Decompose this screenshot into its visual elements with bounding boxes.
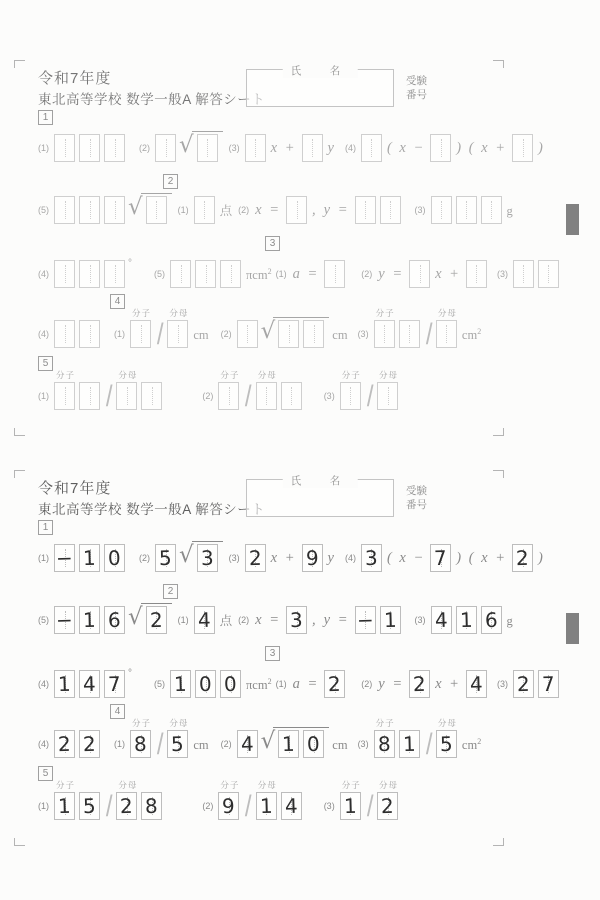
handwritten-answer: 7 (108, 673, 121, 695)
box-row: −1 (353, 606, 403, 634)
answer-box: 2 (79, 730, 100, 758)
box-guide-dots (181, 265, 182, 283)
box-guide-dots (384, 325, 385, 343)
fraction-part-label: 分母 (258, 779, 277, 791)
answer-row: 1 (38, 520, 53, 536)
answer-box-group: 2 (407, 670, 432, 698)
answer-box-group: 22 (52, 730, 102, 758)
spacer (102, 757, 114, 758)
radical: √3 (179, 541, 223, 572)
fraction-slash: / (367, 794, 374, 820)
item-number: (3) (358, 329, 369, 339)
scan-mark (566, 204, 579, 235)
answer-box: 1 (399, 730, 420, 758)
box-guide-dots (266, 387, 267, 405)
answer-box-group: 9 (300, 544, 325, 572)
fraction-slash: / (425, 732, 432, 758)
math-expression: x + (271, 140, 297, 157)
answer-row: (5)−16√2(1)4点(2)x =3,y =−1(3)416g (38, 602, 513, 634)
fraction-part-label: 分子 (342, 369, 361, 381)
item-number: (2) (361, 269, 372, 279)
answer-box-group: 分母14 (254, 779, 304, 820)
box-guide-dots (441, 139, 442, 157)
radical-content: 3 (192, 541, 223, 572)
spacer (347, 287, 361, 288)
box-row: 7 (428, 544, 453, 572)
answer-box (218, 382, 239, 410)
unit-label: cm (193, 328, 208, 343)
handwritten-answer: 1 (58, 795, 71, 817)
handwritten-answer: 1 (58, 673, 71, 695)
answer-box (302, 134, 323, 162)
item-number: (2) (202, 391, 213, 401)
box-guide-dots (115, 201, 116, 219)
box-row (52, 196, 127, 224)
answer-box: − (54, 606, 75, 634)
box-row (428, 134, 453, 162)
fraction-slash: / (367, 384, 374, 410)
spacer (348, 757, 358, 758)
answer-box (197, 134, 218, 162)
section-marker: 2 (163, 174, 178, 189)
box-guide-dots (312, 139, 313, 157)
item-number: (2) (361, 679, 372, 689)
box-row (338, 382, 363, 410)
box-guide-dots (420, 265, 421, 283)
fraction-slash: / (245, 384, 252, 410)
box-row: 3 (359, 544, 384, 572)
item-number: (2) (139, 143, 150, 153)
answer-box: 4 (79, 670, 100, 698)
answer-box: 1 (79, 606, 100, 634)
handwritten-answer: 2 (248, 547, 261, 569)
handwritten-answer: 2 (83, 733, 96, 755)
answer-box-group (52, 196, 127, 224)
answer-box: 1 (256, 792, 277, 820)
handwritten-answer: 5 (83, 795, 96, 817)
unit-label: πcm2 (246, 267, 272, 283)
box-guide-dots (178, 325, 179, 343)
box-row: 4 (235, 730, 260, 758)
box-row: 3 (284, 606, 309, 634)
answer-box (409, 260, 430, 288)
handwritten-answer: 0 (199, 673, 212, 695)
math-expression: y = (324, 202, 350, 219)
box-guide-dots (90, 387, 91, 405)
answer-box: 2 (54, 730, 75, 758)
section-marker: 3 (265, 646, 280, 661)
answer-box (170, 260, 191, 288)
box-guide-dots (441, 201, 442, 219)
spacer (348, 347, 358, 348)
box-guide-dots (90, 325, 91, 343)
box-guide-dots (289, 325, 290, 343)
fraction-part-label: 分子 (376, 307, 395, 319)
math-expression: , (312, 612, 318, 629)
fraction-slash: / (245, 794, 252, 820)
answer-box-group: 分子 (52, 369, 102, 410)
answer-box: 2 (409, 670, 430, 698)
answer-box-group: 3 (284, 606, 309, 634)
box-guide-dots (523, 265, 524, 283)
box-row (429, 196, 504, 224)
answer-box: 2 (377, 792, 398, 820)
unit-superscript: 2 (268, 677, 272, 686)
answer-box: 0 (195, 670, 216, 698)
section-marker: 1 (38, 520, 53, 535)
answer-row: (4)147°(5)100πcm2(1)a =2(2)y =2x +4(3)27 (38, 666, 561, 698)
answer-box-group: 2 (510, 544, 535, 572)
answer-box (54, 196, 75, 224)
box-guide-dots (229, 387, 230, 405)
answer-box-group: 分子1 (338, 779, 363, 820)
answer-box (195, 260, 216, 288)
radical: √ (261, 317, 330, 348)
answer-box-group: 3 (359, 544, 384, 572)
box-row: 4 (464, 670, 489, 698)
math-expression: a = (293, 676, 320, 693)
answer-box (220, 260, 241, 288)
answer-box-group (464, 260, 489, 288)
item-number: (1) (38, 553, 49, 563)
answer-row: (4)(1)分子/分母cm(2)√cm(3)分子/分母cm2 (38, 304, 481, 348)
answer-box: 1 (380, 606, 401, 634)
answer-box: 1 (54, 670, 75, 698)
answer-box (79, 196, 100, 224)
item-number: (5) (154, 679, 165, 689)
answer-box: 2 (245, 544, 266, 572)
item-number: (4) (38, 329, 49, 339)
fraction-part-label: 分母 (118, 369, 137, 381)
answer-box: 2 (116, 792, 137, 820)
answer-box (430, 134, 451, 162)
answer-box-group (52, 320, 102, 348)
fraction-part-label: 分母 (258, 369, 277, 381)
handwritten-answer: 2 (413, 673, 426, 695)
math-expression: x = (255, 612, 281, 629)
answer-box: 1 (54, 792, 75, 820)
answer-box (237, 320, 258, 348)
item-number: (4) (345, 143, 356, 153)
answer-box-group (284, 196, 309, 224)
box-guide-dots (156, 201, 157, 219)
math-expression: ) (538, 140, 545, 157)
unit-label: g (507, 614, 513, 629)
spacer (209, 757, 221, 758)
answer-box (54, 382, 75, 410)
handwritten-answer: 5 (159, 547, 172, 569)
spacer (489, 697, 497, 698)
answer-box-group: 分子9 (216, 779, 241, 820)
box-guide-dots (90, 139, 91, 157)
answer-box (256, 382, 277, 410)
answer-box-group (511, 260, 561, 288)
math-expression: , (312, 202, 318, 219)
item-number: (2) (238, 615, 249, 625)
item-number: (1) (114, 329, 125, 339)
answer-box-group (428, 134, 453, 162)
answer-box: 3 (361, 544, 382, 572)
box-guide-dots (166, 139, 167, 157)
spacer (132, 697, 154, 698)
fraction-part-label: 分母 (118, 779, 137, 791)
answer-box-group (300, 134, 325, 162)
math-expression: y = (378, 266, 404, 283)
handwritten-answer: 8 (134, 733, 147, 755)
answer-box (79, 320, 100, 348)
answer-box (54, 260, 75, 288)
answer-box: 4 (466, 670, 487, 698)
answer-box: 8 (130, 730, 151, 758)
box-guide-dots (206, 265, 207, 283)
item-number: (4) (345, 553, 356, 563)
math-expression: x + (435, 266, 461, 283)
answer-box (54, 134, 75, 162)
spacer (172, 223, 178, 224)
handwritten-answer: 1 (344, 795, 357, 817)
spacer (232, 633, 238, 634)
answer-rows: 1(1)−10(2)5√3(3)2x +9y(4)3( x −7) ( x +2… (14, 470, 504, 846)
answer-box-group: 147 (52, 670, 127, 698)
item-number: (3) (324, 801, 335, 811)
answer-box (104, 260, 125, 288)
box-row (284, 196, 309, 224)
spacer (164, 819, 202, 820)
answer-row: 2 (163, 174, 178, 190)
box-row: 5 (434, 730, 459, 758)
answer-box-group (243, 134, 268, 162)
spacer (304, 409, 324, 410)
answer-box (146, 196, 167, 224)
answer-box: 9 (218, 792, 239, 820)
answer-box: 1 (456, 606, 477, 634)
answer-box-group: 27 (511, 670, 561, 698)
fraction-slash: / (157, 732, 164, 758)
spacer (223, 161, 229, 162)
answer-box (281, 382, 302, 410)
answer-box (194, 196, 215, 224)
box-row (216, 382, 241, 410)
handwritten-answer: − (356, 609, 373, 631)
answer-box (286, 196, 307, 224)
answer-box (380, 196, 401, 224)
handwritten-answer: 0 (108, 547, 121, 569)
box-row: 4 (192, 606, 217, 634)
box-guide-dots (409, 325, 410, 343)
answer-box (104, 134, 125, 162)
handwritten-answer: 2 (149, 609, 162, 631)
box-row: 22 (52, 730, 102, 758)
box-row: 27 (511, 670, 561, 698)
answer-box-group: 分母 (114, 369, 164, 410)
box-row: 416 (429, 606, 504, 634)
unit-superscript: 2 (268, 267, 272, 276)
box-guide-dots (90, 201, 91, 219)
spacer (132, 287, 154, 288)
box-guide-dots (65, 201, 66, 219)
box-row: 5 (165, 730, 190, 758)
math-expression: y = (324, 612, 350, 629)
radical: √2 (128, 603, 172, 634)
answer-row: 3 (265, 646, 280, 662)
box-guide-dots (65, 387, 66, 405)
answer-box: 2 (512, 544, 533, 572)
box-row (52, 260, 127, 288)
answer-box (167, 320, 188, 348)
box-row (254, 382, 304, 410)
answer-box (54, 320, 75, 348)
answer-box (456, 196, 477, 224)
answer-box-group: 2 (243, 544, 268, 572)
answer-row: (1)(2)√(3)x +y(4)( x −) ( x +) (38, 130, 548, 162)
box-row: −16 (52, 606, 127, 634)
handwritten-answer: 0 (224, 673, 237, 695)
box-guide-dots (371, 139, 372, 157)
answer-box: 3 (197, 544, 218, 572)
spacer (339, 161, 345, 162)
fraction-part-label: 分母 (379, 779, 398, 791)
answer-box-group: 4 (235, 730, 260, 758)
fraction-part-label: 分子 (220, 369, 239, 381)
answer-box-group: 分母2 (375, 779, 400, 820)
answer-box: 2 (324, 670, 345, 698)
answer-box: 0 (303, 730, 324, 758)
fraction-part-label: 分子 (56, 779, 75, 791)
answer-sheet-blank: 令和7年度 東北高等学校 数学一般A 解答シート 氏 名 受験 番号 1(1)(… (14, 60, 504, 436)
math-expression: ) ( x + (456, 550, 507, 567)
answer-sheet-filled: 令和7年度 東北高等学校 数学一般A 解答シート 氏 名 受験 番号 1(1)−… (14, 470, 504, 846)
box-row (407, 260, 432, 288)
item-number: (1) (178, 205, 189, 215)
answer-box-group (168, 260, 243, 288)
answer-row: (1)分子/分母(2)分子/分母(3)分子/分母 (38, 366, 400, 410)
answer-box: 4 (194, 606, 215, 634)
answer-box: 5 (79, 792, 100, 820)
unit-label: cm (332, 328, 347, 343)
answer-box-group (192, 196, 217, 224)
box-row (510, 134, 535, 162)
item-number: (1) (114, 739, 125, 749)
answer-box-group (429, 196, 504, 224)
item-number: (3) (358, 739, 369, 749)
box-row (52, 134, 127, 162)
answer-box (466, 260, 487, 288)
box-guide-dots (65, 265, 66, 283)
math-expression: x + (271, 550, 297, 567)
unit-label: cm (193, 738, 208, 753)
answer-box-group: 分子 (372, 307, 422, 348)
unit-label: cm2 (462, 327, 481, 343)
box-guide-dots (350, 387, 351, 405)
math-expression: a = (293, 266, 320, 283)
math-expression: y (328, 550, 336, 567)
box-row (464, 260, 489, 288)
handwritten-answer: 5 (440, 733, 453, 755)
fraction-part-label: 分母 (379, 369, 398, 381)
answer-box (79, 260, 100, 288)
answer-row: (1)分子15/分母28(2)分子9/分母14(3)分子1/分母2 (38, 776, 400, 820)
box-row (192, 196, 217, 224)
answer-box-group (52, 260, 127, 288)
box-guide-dots (390, 201, 391, 219)
answer-box: 1 (340, 792, 361, 820)
answer-box-group (235, 320, 260, 348)
handwritten-answer: 1 (83, 547, 96, 569)
radical-content (273, 317, 329, 348)
handwritten-answer: 0 (307, 733, 320, 755)
handwritten-answer: 1 (282, 733, 295, 755)
answer-box (538, 260, 559, 288)
box-row (353, 196, 403, 224)
box-row (168, 260, 243, 288)
item-number: (1) (38, 391, 49, 401)
answer-row: (1)−10(2)5√3(3)2x +9y(4)3( x −7) ( x +2) (38, 540, 548, 572)
answer-box (340, 382, 361, 410)
box-guide-dots (314, 325, 315, 343)
handwritten-answer: 1 (260, 795, 273, 817)
scan-mark (566, 613, 579, 644)
handwritten-answer: 5 (171, 733, 184, 755)
box-row (372, 320, 422, 348)
spacer (223, 571, 229, 572)
scanned-answer-sheet-page: 令和7年度 東北高等学校 数学一般A 解答シート 氏 名 受験 番号 1(1)(… (0, 0, 600, 900)
handwritten-answer: 1 (383, 609, 396, 631)
degree-symbol: ° (128, 668, 132, 679)
unit-label: 点 (220, 201, 233, 219)
box-guide-dots (446, 325, 447, 343)
box-row: 9 (216, 792, 241, 820)
answer-box-group (407, 260, 432, 288)
handwritten-answer: 1 (174, 673, 187, 695)
item-number: (3) (497, 269, 508, 279)
answer-box-group (322, 260, 347, 288)
item-number: (1) (178, 615, 189, 625)
item-number: (5) (38, 205, 49, 215)
item-number: (3) (415, 205, 426, 215)
box-guide-dots (115, 139, 116, 157)
unit-superscript: 2 (477, 327, 481, 336)
answer-box (377, 382, 398, 410)
box-row: 2 (375, 792, 400, 820)
answer-box (303, 320, 324, 348)
fraction-slash: / (106, 794, 113, 820)
spacer (347, 697, 361, 698)
unit-label: 点 (220, 611, 233, 629)
spacer (102, 347, 114, 348)
spacer (403, 633, 415, 634)
handwritten-answer: − (56, 609, 73, 631)
handwritten-answer: 8 (377, 733, 390, 755)
box-guide-dots (335, 265, 336, 283)
box-guide-dots (204, 201, 205, 219)
answer-box: 0 (220, 670, 241, 698)
box-row (235, 320, 260, 348)
unit-label: πcm2 (246, 677, 272, 693)
item-number: (4) (38, 739, 49, 749)
answer-box: 4 (281, 792, 302, 820)
fraction-slash: / (157, 322, 164, 348)
item-number: (3) (229, 553, 240, 563)
handwritten-answer: 7 (434, 547, 447, 569)
answer-box-group: 7 (428, 544, 453, 572)
box-row (300, 134, 325, 162)
handwritten-answer: 1 (83, 609, 96, 631)
answer-box (481, 196, 502, 224)
spacer (209, 347, 221, 348)
answer-box-group: 4 (192, 606, 217, 634)
item-number: (1) (276, 679, 287, 689)
answer-box (324, 260, 345, 288)
